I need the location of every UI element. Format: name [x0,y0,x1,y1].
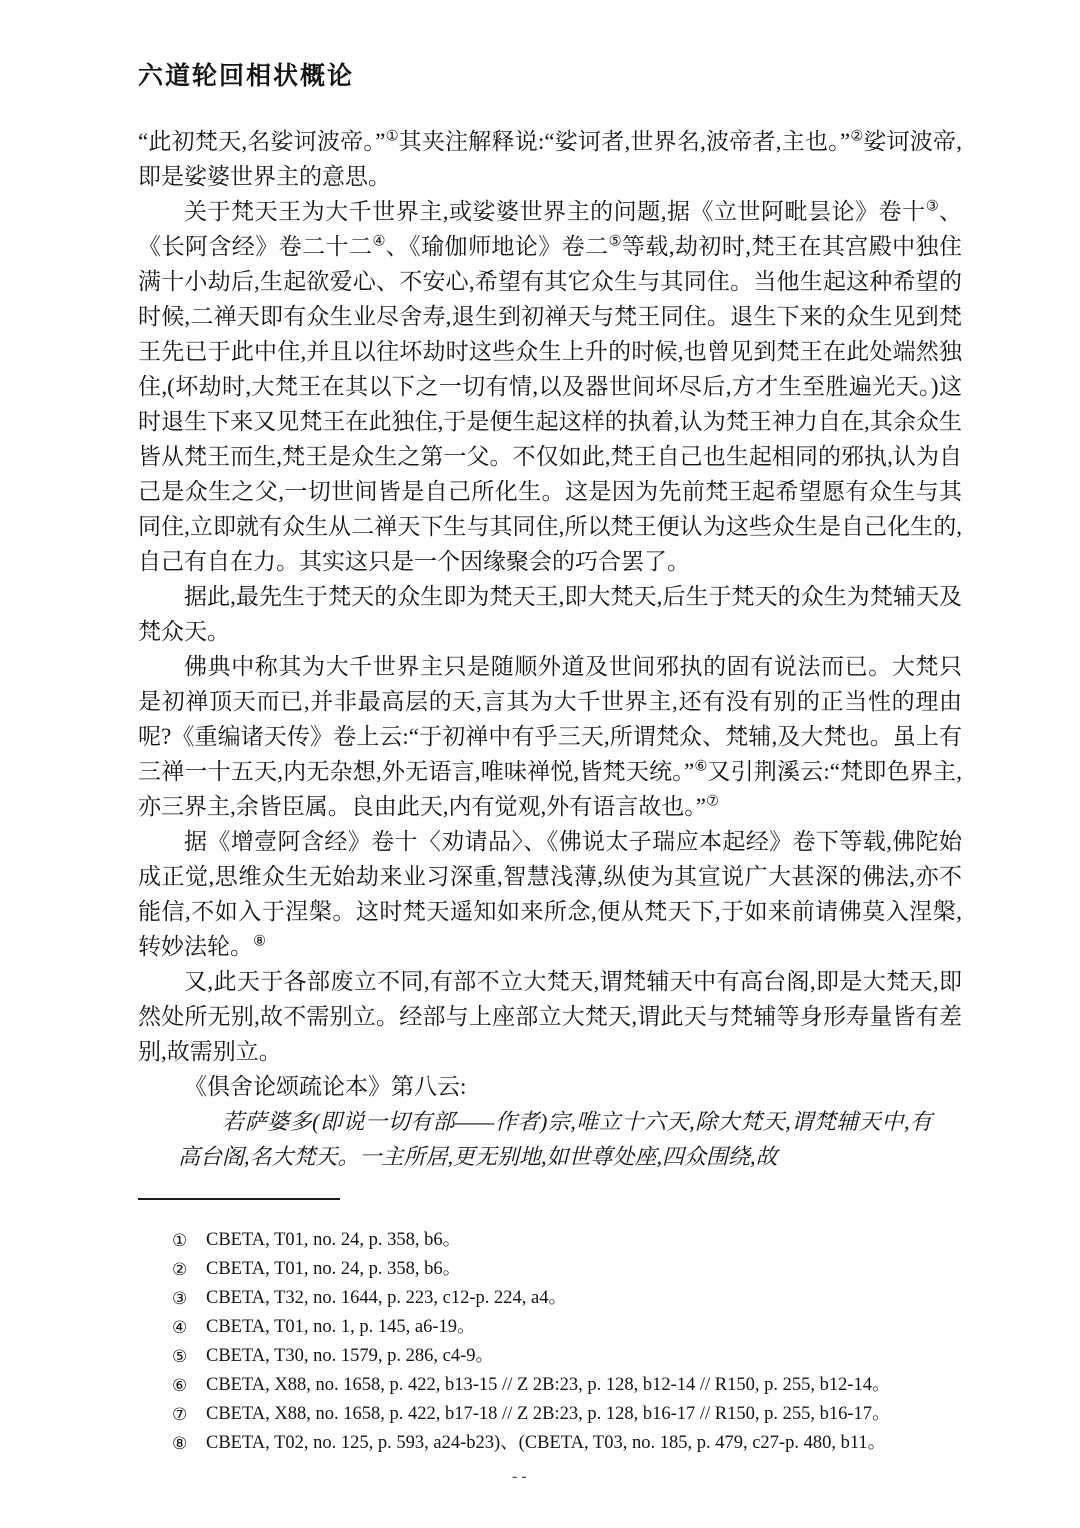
text-run: “此初梵天,名娑诃波帝。” [138,129,385,154]
footnote-marker: ③ [172,1284,206,1313]
paragraph: 据《增壹阿含经》卷十〈劝请品〉、《佛说太子瑞应本起经》卷下等载,佛陀始成正觉,思… [138,824,962,964]
text-run: 若萨婆多(即说一切有部——作者)宗,唯立十六天,除大梵天,谓梵辅天中,有高台阁,… [178,1109,932,1169]
footnote-text: CBETA, X88, no. 1658, p. 422, b17-18 // … [206,1400,962,1429]
footnote-marker: ⑧ [172,1429,206,1458]
footnote-marker: ② [172,1255,206,1284]
text-run: 又,此天于各部废立不同,有部不立大梵天,谓梵辅天中有高台阁,即是大梵天,即然处所… [138,969,962,1064]
footnote-ref: ⑧ [253,933,266,949]
footnote-ref: ③ [926,198,939,214]
footnote-item: ① CBETA, T01, no. 24, p. 358, b6。 [172,1226,962,1255]
paragraph: 关于梵天王为大千世界主,或娑婆世界主的问题,据《立世阿毗昙论》卷十③、《长阿含经… [138,194,962,579]
page-number-mark: -- [512,1468,531,1486]
footnote-text: CBETA, T32, no. 1644, p. 223, c12-p. 224… [206,1284,962,1313]
footnote-ref: ② [850,128,863,144]
text-run: 等载,劫初时,梵王在其宫殿中独住满十小劫后,生起欲爱心、不安心,希望有其它众生与… [138,234,962,574]
footnote-item: ⑥ CBETA, X88, no. 1658, p. 422, b13-15 /… [172,1371,962,1400]
footnotes-list: ① CBETA, T01, no. 24, p. 358, b6。 ② CBET… [172,1226,962,1458]
footnote-marker: ① [172,1226,206,1255]
footnote-item: ② CBETA, T01, no. 24, p. 358, b6。 [172,1255,962,1284]
footnote-marker: ⑦ [172,1400,206,1429]
paragraph: 据此,最先生于梵天的众生即为梵天王,即大梵天,后生于梵天的众生为梵辅天及梵众天。 [138,579,962,649]
footnote-ref: ⑥ [694,758,707,774]
paragraph: “此初梵天,名娑诃波帝。”①其夹注解释说:“娑诃者,世界名,波帝者,主也。”②娑… [138,124,962,194]
quote-paragraph: 若萨婆多(即说一切有部——作者)宗,唯立十六天,除大梵天,谓梵辅天中,有高台阁,… [178,1104,932,1174]
footnote-item: ⑤ CBETA, T30, no. 1579, p. 286, c4-9。 [172,1342,962,1371]
footnote-item: ③ CBETA, T32, no. 1644, p. 223, c12-p. 2… [172,1284,962,1313]
footnote-marker: ⑤ [172,1342,206,1371]
footnote-text: CBETA, X88, no. 1658, p. 422, b13-15 // … [206,1371,962,1400]
document-page: 六道轮回相状概论 “此初梵天,名娑诃波帝。”①其夹注解释说:“娑诃者,世界名,波… [0,0,1080,1528]
footnote-item: ⑧ CBETA, T02, no. 125, p. 593, a24-b23)、… [172,1429,962,1458]
text-run: 关于梵天王为大千世界主,或娑婆世界主的问题,据《立世阿毗昙论》卷十 [184,199,926,224]
footnote-ref: ① [385,128,398,144]
text-run: 、《瑜伽师地论》卷二 [386,234,609,259]
footnote-text: CBETA, T01, no. 24, p. 358, b6。 [206,1226,962,1255]
footnote-item: ④ CBETA, T01, no. 1, p. 145, a6-19。 [172,1313,962,1342]
footnote-ref: ⑤ [609,233,622,249]
body-text: “此初梵天,名娑诃波帝。”①其夹注解释说:“娑诃者,世界名,波帝者,主也。”②娑… [138,124,962,1174]
footnote-text: CBETA, T01, no. 24, p. 358, b6。 [206,1255,962,1284]
footnote-separator [138,1198,340,1200]
paragraph: 佛典中称其为大千世界主只是随顺外道及世间邪执的固有说法而已。大梵只是初禅顶天而已… [138,649,962,824]
footnote-text: CBETA, T01, no. 1, p. 145, a6-19。 [206,1313,962,1342]
page-header-title: 六道轮回相状概论 [138,56,354,92]
text-run: 据此,最先生于梵天的众生即为梵天王,即大梵天,后生于梵天的众生为梵辅天及梵众天。 [138,584,962,644]
footnote-item: ⑦ CBETA, X88, no. 1658, p. 422, b17-18 /… [172,1400,962,1429]
paragraph: 《俱舍论颂疏论本》第八云: [138,1069,962,1104]
footnote-text: CBETA, T30, no. 1579, p. 286, c4-9。 [206,1342,962,1371]
footnote-ref: ⑦ [706,793,719,809]
footnote-marker: ④ [172,1313,206,1342]
text-run: 其夹注解释说:“娑诃者,世界名,波帝者,主也。” [399,129,851,154]
footnote-ref: ④ [372,233,385,249]
footnote-text: CBETA, T02, no. 125, p. 593, a24-b23)、(C… [206,1429,962,1458]
footnote-marker: ⑥ [172,1371,206,1400]
text-run: 《俱舍论颂疏论本》第八云: [184,1074,466,1099]
paragraph: 又,此天于各部废立不同,有部不立大梵天,谓梵辅天中有高台阁,即是大梵天,即然处所… [138,964,962,1069]
